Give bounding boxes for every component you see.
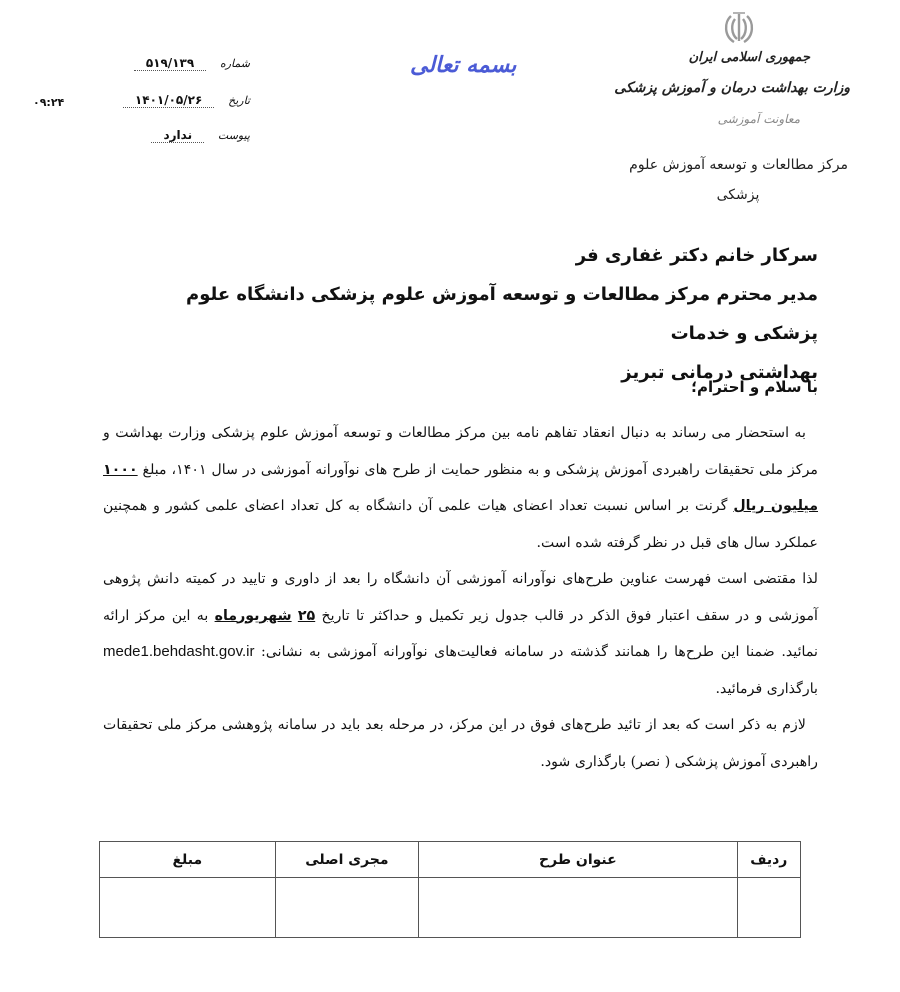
header-amount: مبلغ <box>100 842 276 878</box>
paragraph-2-text-end: بارگذاری فرمائید. <box>716 681 818 697</box>
letterhead-center-line2: پزشکی <box>628 180 848 210</box>
paragraph-1-text-end: گرنت بر اساس نسبت تعداد اعضای هیات علمی … <box>103 498 818 551</box>
cell-row-number <box>737 878 800 938</box>
letter-number-value: ۵۱۹/۱۳۹ <box>134 56 206 71</box>
greeting: با سلام و احترام؛ <box>691 378 818 396</box>
letter-date-label: تاریخ <box>228 94 250 107</box>
recipient-name: سرکار خانم دکتر غفاری فر <box>118 236 818 275</box>
bismillah-heading: بسمه تعالی <box>410 52 516 78</box>
letterhead-republic: جمهوری اسلامی ایران <box>689 50 810 65</box>
table-header-row: ردیف عنوان طرح مجری اصلی مبلغ <box>100 842 801 878</box>
paragraph-3: لازم به ذکر است که بعد از تائید طرح‌های … <box>103 707 818 780</box>
letter-attachment: پیوست ندارد <box>151 128 250 142</box>
deadline-month: شهریورماه <box>215 608 292 624</box>
header-row-number: ردیف <box>737 842 800 878</box>
letterhead-center: مرکز مطالعات و توسعه آموزش علوم پزشکی <box>628 150 848 210</box>
letter-number: شماره ۵۱۹/۱۳۹ <box>134 56 250 70</box>
letter-number-label: شماره <box>220 57 250 70</box>
paragraph-2: لذا مقتضی است فهرست عناوین طرح‌های نوآور… <box>103 561 818 707</box>
letter-date-value: ۱۴۰۱/۰۵/۲۶ <box>123 93 214 108</box>
plan-table: ردیف عنوان طرح مجری اصلی مبلغ <box>99 841 801 938</box>
paragraph-1-text: به استحضار می رساند به دنبال انعقاد تفاه… <box>103 425 818 478</box>
letter-time: ۰۹:۲۴ <box>33 96 64 109</box>
letterhead-center-line1: مرکز مطالعات و توسعه آموزش علوم <box>628 150 848 180</box>
header-main-executor: مجری اصلی <box>275 842 419 878</box>
iran-emblem-icon <box>722 10 756 46</box>
cell-plan-title <box>419 878 737 938</box>
letter-attachment-label: پیوست <box>218 129 250 142</box>
upload-url-link[interactable]: mede1.behdasht.gov.ir <box>103 643 255 660</box>
deadline-day: ۲۵ <box>298 608 315 624</box>
recipient-block: سرکار خانم دکتر غفاری فر مدیر محترم مرکز… <box>118 236 818 392</box>
cell-main-executor <box>275 878 419 938</box>
cell-amount <box>100 878 276 938</box>
paragraph-1: به استحضار می رساند به دنبال انعقاد تفاه… <box>103 415 818 561</box>
letter-date: تاریخ ۱۴۰۱/۰۵/۲۶ <box>123 93 250 107</box>
letter-body: به استحضار می رساند به دنبال انعقاد تفاه… <box>103 415 818 780</box>
letter-attachment-value: ندارد <box>151 128 204 143</box>
recipient-title: مدیر محترم مرکز مطالعات و توسعه آموزش عل… <box>118 275 818 353</box>
table-row <box>100 878 801 938</box>
letterhead-deputy: معاونت آموزشی <box>718 112 800 126</box>
header-plan-title: عنوان طرح <box>419 842 737 878</box>
letterhead-ministry: وزارت بهداشت درمان و آموزش پزشکی <box>614 80 850 96</box>
